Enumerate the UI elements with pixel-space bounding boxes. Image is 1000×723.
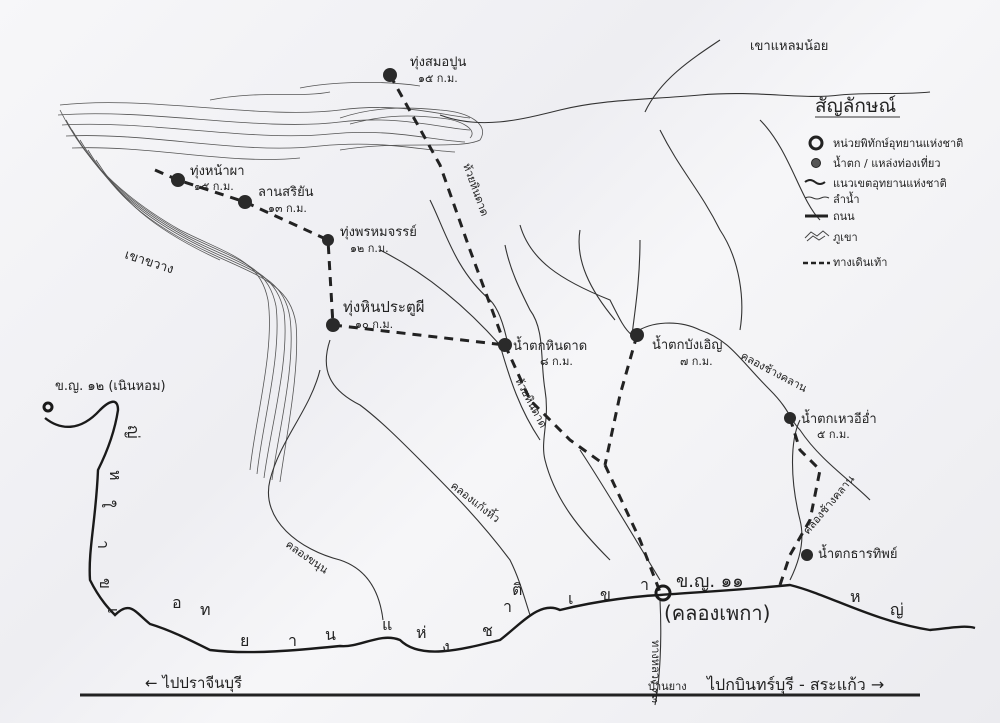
legend-symbols [803, 137, 830, 263]
poi-thung-samo-pun[interactable] [383, 68, 397, 82]
label-station-kn11: ข.ญ. ๑๑ [676, 571, 744, 592]
label-lan-sariyan: ลานสริยัน [258, 185, 314, 200]
label-namtok-tharn-thip: น้ำตกธารทิพย์ [818, 544, 897, 562]
svg-text:ญ่: ญ่ [124, 425, 143, 439]
dist-lan-sariyan: ๑๓ ก.ม. [268, 202, 307, 215]
svg-text:อ: อ [172, 593, 182, 612]
dist-namtok-haew-i-am: ๕ ก.ม. [817, 428, 850, 441]
poi-thung-na-pha[interactable] [171, 173, 185, 187]
legend-label-trail: ทางเดินเท้า [833, 256, 887, 269]
stream-east [660, 130, 742, 330]
poi-namtok-haew-i-am[interactable] [784, 412, 796, 424]
svg-text:ง: ง [442, 637, 450, 656]
dist-namtok-bang-oen: ๗ ก.ม. [680, 355, 713, 368]
trail-bang-oen [605, 335, 637, 465]
label-to-prachinburi: ← ไปปราจีนบุรี [145, 674, 242, 693]
label-thung-na-pha: ทุ่งหน้าผา [190, 164, 245, 179]
dist-thung-phrommachan: ๑๒ ก.ม. [350, 242, 389, 255]
legend-label-mountain: ภูเขา [833, 231, 858, 244]
svg-text:า: า [94, 540, 113, 549]
stream-tharn-thip [790, 420, 802, 580]
mountain-range-khao-khwang [58, 82, 483, 482]
svg-text:ห: ห [850, 587, 861, 606]
label-khlong-khanun: คลองขนุน [283, 538, 331, 577]
stream-top-branch [645, 40, 720, 112]
label-khlong-chang-khlan-lower: คลองช้างคลาน [800, 472, 857, 537]
stream-bang-oen-a [520, 225, 632, 335]
label-station-kn12: ข.ญ. ๑๒ (เนินหอม) [55, 379, 166, 394]
stream-khlong-kaeng-hio [326, 340, 530, 615]
map-canvas: สัญลักษณ์ หน่วยพิทักษ์อุทยานแห่งชาติ น้ำ… [0, 0, 1000, 723]
label-thung-hin-pratu-phi: ทุ่งหินประตูผี [343, 298, 425, 317]
poi-lan-sariyan[interactable] [238, 195, 252, 209]
label-namtok-bang-oen: น้ำตกบังเอิญ [652, 335, 722, 353]
svg-text:า: า [503, 597, 512, 616]
label-ban-yang: บ้านยาง [648, 680, 687, 693]
label-station-kn11-sub: (คลองเพกา) [664, 601, 770, 625]
poi-markers [171, 68, 813, 561]
wavy-boundary-icon [805, 180, 825, 184]
stream-east-branch [760, 120, 820, 220]
legend-label-ranger-station: หน่วยพิทักษ์อุทยานแห่งชาติ [833, 137, 963, 150]
label-namtok-haew-i-am: น้ำตกเหวอีอ่ำ [801, 409, 877, 427]
dot-icon [812, 159, 821, 168]
label-side-road: ทางหลวง ๓๓ [649, 640, 662, 703]
svg-text:า: า [640, 575, 649, 594]
poi-namtok-hin-dat[interactable] [498, 338, 512, 352]
svg-text:ย: ย [240, 631, 249, 650]
label-huai-hin-dat-upper: ห้วยหินดาด [460, 162, 491, 218]
svg-text:แ: แ [382, 615, 392, 634]
park-map: สัญลักษณ์ หน่วยพิทักษ์อุทยานแห่งชาติ น้ำ… [0, 0, 1000, 723]
poi-thung-phrommachan[interactable] [322, 234, 334, 246]
label-khao-laem-noi: เขาแหลมน้อย [750, 39, 828, 54]
legend-label-waterfall: น้ำตก / แหล่งท่องเที่ยว [833, 155, 941, 170]
label-khao-khwang: เขาขวาง [123, 248, 176, 278]
stream-hin-dat [505, 245, 610, 560]
legend-label-stream: ลำน้ำ [833, 191, 860, 206]
legend-label-boundary: แนวเขตอุทยานแห่งชาติ [833, 177, 947, 190]
svg-text:เ: เ [104, 608, 123, 613]
mountain-icon [805, 231, 829, 241]
svg-text:ข: ข [600, 585, 611, 604]
svg-text:ช: ช [482, 621, 493, 640]
ranger-station-kn11[interactable] [656, 586, 670, 600]
poi-namtok-tharn-thip[interactable] [801, 549, 813, 561]
svg-text:ญ่: ญ่ [890, 600, 904, 619]
dist-namtok-hin-dat: ๘ ก.ม. [540, 355, 573, 368]
stream-khlong-khanun [268, 370, 383, 620]
legend-title: สัญลักษณ์ [815, 95, 896, 117]
svg-text:ห่: ห่ [416, 623, 427, 642]
svg-text:ติ: ติ [512, 580, 522, 599]
label-thung-phrommachan: ทุ่งพรหมจรรย์ [340, 224, 417, 240]
label-to-kabinburi-sakaeo: ไปกบินทร์บุรี - สระแก้ว → [705, 675, 884, 695]
boundary-park-name: ญ่ ห ใ า ข เ อ ท ย า น แ ห่ ง ช า ติ เ ข… [94, 425, 904, 656]
poi-namtok-bang-oen[interactable] [630, 328, 644, 342]
poi-thung-hin-pratu-phi[interactable] [326, 318, 340, 332]
dist-thung-na-pha: ๑๕ ก.ม. [194, 180, 234, 193]
dist-thung-samo-pun: ๑๕ ก.ม. [418, 72, 458, 85]
svg-text:า: า [288, 631, 297, 650]
ring-icon [810, 137, 822, 149]
ranger-station-kn12[interactable] [44, 403, 52, 411]
stream-icon [805, 197, 829, 199]
svg-text:ห: ห [106, 470, 125, 481]
svg-text:ท: ท [200, 600, 211, 619]
label-namtok-hin-dat: น้ำตกหินดาด [513, 336, 587, 354]
label-khlong-chang-khlan-upper: คลองช้างคลาน [739, 349, 810, 395]
svg-text:ใ: ใ [98, 500, 117, 508]
svg-text:น: น [325, 625, 336, 644]
stream-bang-oen-b [579, 230, 615, 320]
dist-thung-hin-pratu-phi: ๑๐ ก.ม. [355, 318, 393, 331]
streams [268, 40, 930, 705]
label-thung-samo-pun: ทุ่งสมอปูน [410, 55, 466, 70]
legend-label-road: ถนน [833, 210, 855, 223]
svg-text:ข: ข [96, 578, 115, 589]
trail-haew-i-am [780, 418, 820, 585]
svg-text:เ: เ [568, 589, 573, 608]
stream-bang-oen-c [632, 240, 640, 335]
stream-huai-hin-dat [430, 200, 508, 345]
